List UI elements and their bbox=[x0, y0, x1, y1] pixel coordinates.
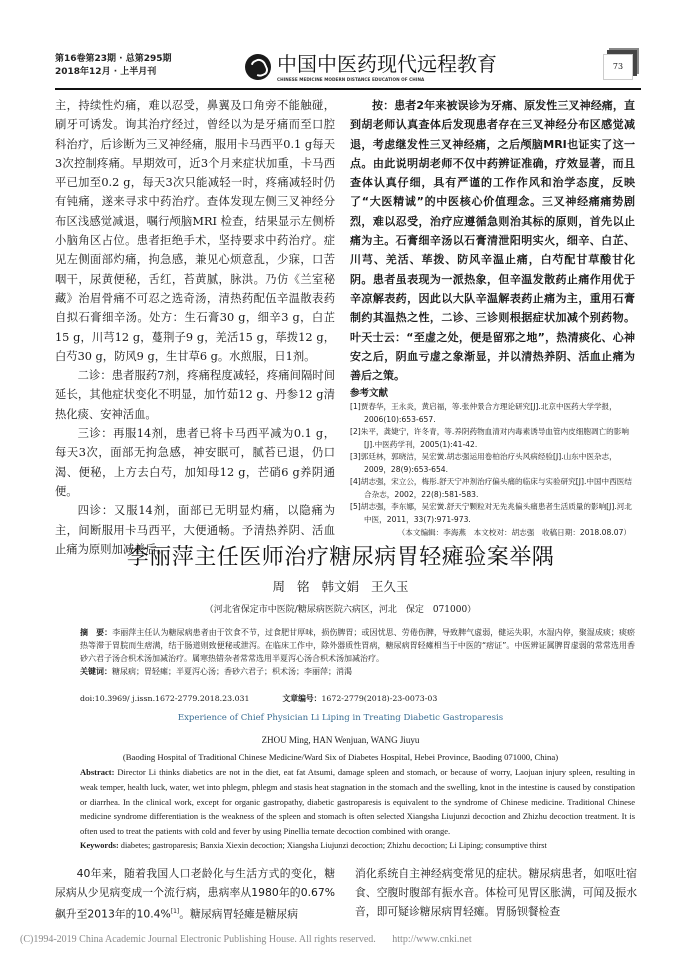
intro-text-tail: 。糖尿病胃轻瘫是糖尿病 bbox=[179, 908, 298, 921]
reference-item: [1]贾春华，王永炎，黄启福，等.张仲景合方理论研究[J].北京中医药大学学报，… bbox=[350, 401, 635, 426]
keywords-label: 关键词： bbox=[80, 667, 112, 676]
english-keywords: Keywords: diabetes; gastroparesis; Banxi… bbox=[80, 841, 635, 850]
abstract-text: 李丽萍主任认为糖尿病患者由于饮食不节，过食肥甘厚味，损伤脾胃；或因忧思、劳倦伤脾… bbox=[80, 628, 635, 663]
doi: doi:10.3969/ j.issn.1672-2779.2018.23.03… bbox=[80, 692, 280, 705]
english-affiliation: (Baoding Hospital of Traditional Chinese… bbox=[0, 752, 681, 762]
intro-paragraph-cont: 消化系统自主神经病变常见的症状。糖尿病患者，如呕吐宿食、空腹时腹部有振水音。体检… bbox=[355, 864, 637, 921]
commentary-paragraph: 按：患者2年来被误诊为牙痛、原发性三叉神经痛，直到胡老师认真查体后发现患者存在三… bbox=[350, 96, 635, 385]
english-title: Experience of Chief Physician Li Liping … bbox=[0, 713, 681, 723]
case-paragraph: 主，持续性灼痛，难以忍受，鼻翼及口角旁不能触碰，刷牙可诱发。询其治疗经过，曾经以… bbox=[55, 96, 335, 366]
references-heading: 参考文献 bbox=[350, 387, 635, 401]
header-rule bbox=[55, 88, 641, 90]
english-abstract: Abstract: Director Li thinks diabetics a… bbox=[80, 765, 635, 839]
english-abstract-text: Director Li thinks diabetics are not in … bbox=[80, 767, 635, 836]
cnki-link[interactable]: http://www.cnki.net bbox=[392, 934, 471, 945]
journal-name-cn: 中国中医药现代远程教育 bbox=[277, 53, 497, 75]
citation-ref[interactable]: [1] bbox=[171, 908, 180, 915]
abstract-label: 摘 要： bbox=[80, 628, 112, 637]
issue-volume: 第16卷第23期 · 总第295期 bbox=[55, 53, 172, 66]
article-authors: 周 铭 韩文娟 王久玉 bbox=[0, 577, 681, 595]
copyright-text: (C)1994-2019 China Academic Journal Elec… bbox=[20, 934, 376, 945]
issue-info: 第16卷第23期 · 总第295期 2018年12月 · 上半月刊 bbox=[55, 53, 172, 79]
second-visit-paragraph: 二诊：患者服药7剂，疼痛程度减轻，疼痛间隔时间延长，其他症状变化不明显，加竹茹1… bbox=[55, 366, 335, 424]
issue-date: 2018年12月 · 上半月刊 bbox=[55, 66, 172, 79]
article-affiliation: （河北省保定市中医院/糖尿病医院六病区，河北 保定 071000） bbox=[0, 602, 681, 615]
page-header: 第16卷第23期 · 总第295期 2018年12月 · 上半月刊 中国中医药现… bbox=[55, 50, 641, 88]
english-abstract-label: Abstract: bbox=[80, 767, 114, 777]
keywords-text: 糖尿病；胃轻瘫；半夏泻心汤；香砂六君子；枳术汤；李丽萍；消渴 bbox=[112, 667, 352, 676]
page-number: 73 bbox=[603, 54, 633, 80]
reference-item: [2]朱平，龚婕宁，许冬青，等.养阴药物血清对内毒素诱导血管内皮细胞凋亡的影响[… bbox=[350, 426, 635, 451]
article-no: 1672-2779(2018)-23-0073-03 bbox=[321, 694, 437, 703]
abstract-cn: 摘 要：李丽萍主任认为糖尿病患者由于饮食不节，过食肥甘厚味，损伤脾胃；或因忧思、… bbox=[80, 626, 635, 678]
journal-name-en: CHINESE MEDICINE MODERN DISTANCE EDUCATI… bbox=[277, 77, 497, 82]
third-visit-paragraph: 三诊：再服14剂，患者已将卡马西平减为0.1 g，每天3次，面部无拘急感，神安眠… bbox=[55, 424, 335, 501]
article-no-label: 文章编号： bbox=[282, 694, 321, 703]
prev-article-left-column: 主，持续性灼痛，难以忍受，鼻翼及口角旁不能触碰，刷牙可诱发。询其治疗经过，曾经以… bbox=[55, 96, 335, 559]
reference-item: [5]胡志强，李东娜，吴宏黉.舒天宁颗粒对无先兆偏头痛患者生活质量的影响[J].… bbox=[350, 501, 635, 526]
copyright-footer: (C)1994-2019 China Academic Journal Elec… bbox=[20, 934, 472, 945]
body-right-column: 消化系统自主神经病变常见的症状。糖尿病患者，如呕吐宿食、空腹时腹部有振水音。体检… bbox=[355, 864, 637, 921]
english-keywords-label: Keywords: bbox=[80, 841, 119, 850]
english-keywords-text: diabetes; gastroparesis; Banxia Xiexin d… bbox=[119, 841, 547, 850]
article-meta: doi:10.3969/ j.issn.1672-2779.2018.23.03… bbox=[80, 692, 635, 705]
body-left-column: 40年来，随着我国人口老龄化与生活方式的变化，糖尿病从少见病变成一个流行病，患病… bbox=[55, 864, 335, 924]
journal-logo-icon bbox=[245, 54, 271, 80]
journal-masthead: 中国中医药现代远程教育 CHINESE MEDICINE MODERN DIST… bbox=[245, 50, 497, 84]
editor-line: （本文编辑：李海燕 本文校对：胡志强 收稿日期：2018.08.07） bbox=[350, 526, 635, 539]
reference-item: [3]郭廷林，郭晓洁，吴宏黉.胡志强运用卷柏治疗头风病经验[J].山东中医杂志，… bbox=[350, 451, 635, 476]
intro-paragraph: 40年来，随着我国人口老龄化与生活方式的变化，糖尿病从少见病变成一个流行病，患病… bbox=[55, 864, 335, 924]
article-title: 李丽萍主任医师治疗糖尿病胃轻瘫验案举隅 bbox=[0, 540, 681, 571]
english-authors: ZHOU Ming, HAN Wenjuan, WANG Jiuyu bbox=[0, 735, 681, 745]
reference-item: [4]胡志强，宋立公，梅彤.舒天宁冲剂治疗偏头痛的临床与实验研究[J].中国中西… bbox=[350, 476, 635, 501]
prev-article-right-column: 按：患者2年来被误诊为牙痛、原发性三叉神经痛，直到胡老师认真查体后发现患者存在三… bbox=[350, 96, 635, 539]
